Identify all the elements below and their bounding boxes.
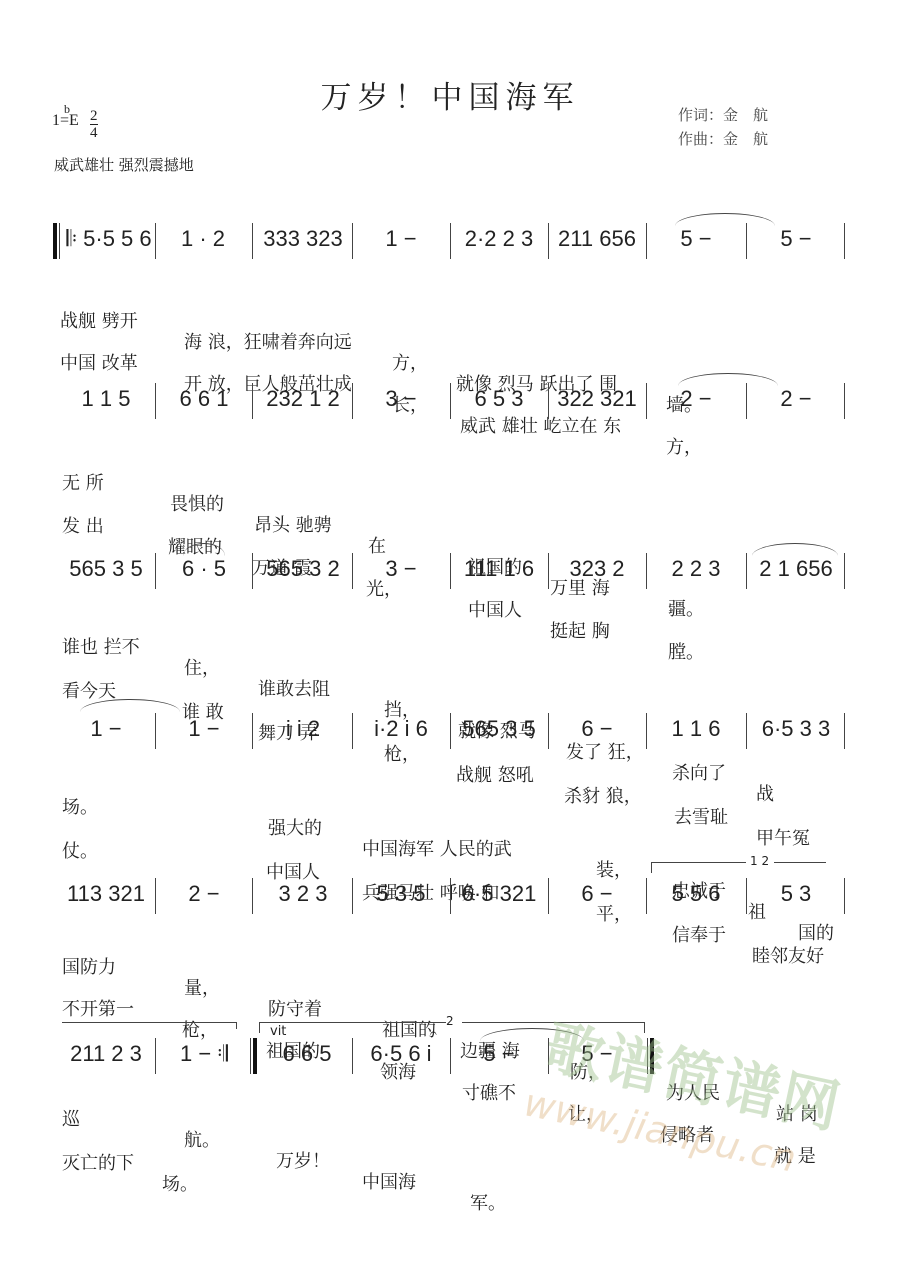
measure: 2 1 656 — [747, 556, 845, 582]
measure: 1 1 6 — [647, 716, 745, 742]
measure: 565 3 5 — [56, 556, 156, 582]
measure: 6·5 321 — [451, 881, 547, 907]
system-3: 565 3 5 6 · 5 565 3 2 3 − 111 1 6 323 2 … — [0, 543, 900, 603]
credits: 作词：金 航 作曲：金 航 — [678, 103, 768, 151]
measure: 6·5 6 i — [353, 1041, 449, 1067]
measure: 6 − — [549, 881, 645, 907]
measure: 113 321 — [56, 881, 156, 907]
measure: 6 5 3 — [451, 386, 547, 412]
measure: 5 − — [747, 226, 845, 252]
measure: 565 3 2 — [253, 556, 353, 582]
flat-sign: b — [64, 102, 70, 117]
measure: 322 321 — [549, 386, 645, 412]
measure: 1 1 5 — [56, 386, 156, 412]
measure: 1 − — [156, 716, 252, 742]
measure: 2 − — [647, 386, 745, 412]
volta-label-2: 2 — [446, 1014, 454, 1028]
measure: 565 3 5 — [451, 716, 547, 742]
lyric-v2-s6: 灭亡的下 场。 — [62, 1128, 73, 1191]
tempo-marking: 威武雄壮 强烈震撼地 — [54, 154, 194, 175]
measure: 333 323 — [253, 226, 353, 252]
measure: 1 · 2 — [156, 226, 250, 252]
measure: 323 2 — [549, 556, 645, 582]
fermata-icon: 𝄐 — [430, 1026, 437, 1041]
measure: 111 1 6 — [451, 556, 547, 582]
measure: 3 − — [353, 386, 449, 412]
system-1: 𝄆 5·5 5 6 1 · 2 333 323 1 − 2·2 2 3 211 … — [0, 213, 900, 273]
time-signature: 2 4 — [90, 108, 98, 141]
measure: 3 − — [353, 556, 449, 582]
measure: 5 3 5 — [353, 881, 449, 907]
measure: 211 2 3 — [56, 1041, 156, 1067]
measure: 5 3 — [747, 881, 845, 907]
measure: i·2 i 6 — [353, 716, 449, 742]
measure: 2·2 2 3 — [451, 226, 547, 252]
measure: 5 − — [647, 226, 745, 252]
volta-label: 1 2 — [750, 854, 769, 868]
measure: 2 2 3 — [647, 556, 745, 582]
measure: 3 2 3 — [253, 881, 353, 907]
measure: 5 5 6 — [647, 881, 745, 907]
measure: 232 1 2 — [253, 386, 353, 412]
measure: 1 − — [353, 226, 449, 252]
measure: i i 2 — [253, 716, 353, 742]
measure: 5 − — [451, 1041, 547, 1067]
measure: 211 656 — [549, 226, 645, 252]
key-signature: b 1=E 2 4 — [52, 112, 79, 130]
measure: 2 − — [156, 881, 252, 907]
measure: 6 − — [549, 716, 645, 742]
system-4: 1 − 1 − i i 2 i·2 i 6 565 3 5 6 − 1 1 6 … — [0, 703, 900, 763]
measure: 6·5 3 3 — [747, 716, 845, 742]
system-5: 113 321 2 − 3 2 3 5 3 5 6·5 321 6 − 5 5 … — [0, 868, 900, 928]
volta-bracket — [651, 862, 746, 873]
measure: 6 6 1 — [156, 386, 252, 412]
measure: 𝄆 5·5 5 6 — [62, 226, 156, 252]
composer: 作曲：金 航 — [678, 127, 768, 151]
measure: 1 − — [56, 716, 156, 742]
measure: 2 − — [747, 386, 845, 412]
system-2: 1 1 5 6 6 1 232 1 2 3 − 6 5 3 322 321 2 … — [0, 373, 900, 433]
measure: 6 6 5 — [262, 1041, 352, 1067]
measure: 6 · 5 — [156, 556, 252, 582]
measure: 1 − 𝄇 — [156, 1041, 252, 1067]
lyricist: 作词：金 航 — [678, 103, 768, 127]
